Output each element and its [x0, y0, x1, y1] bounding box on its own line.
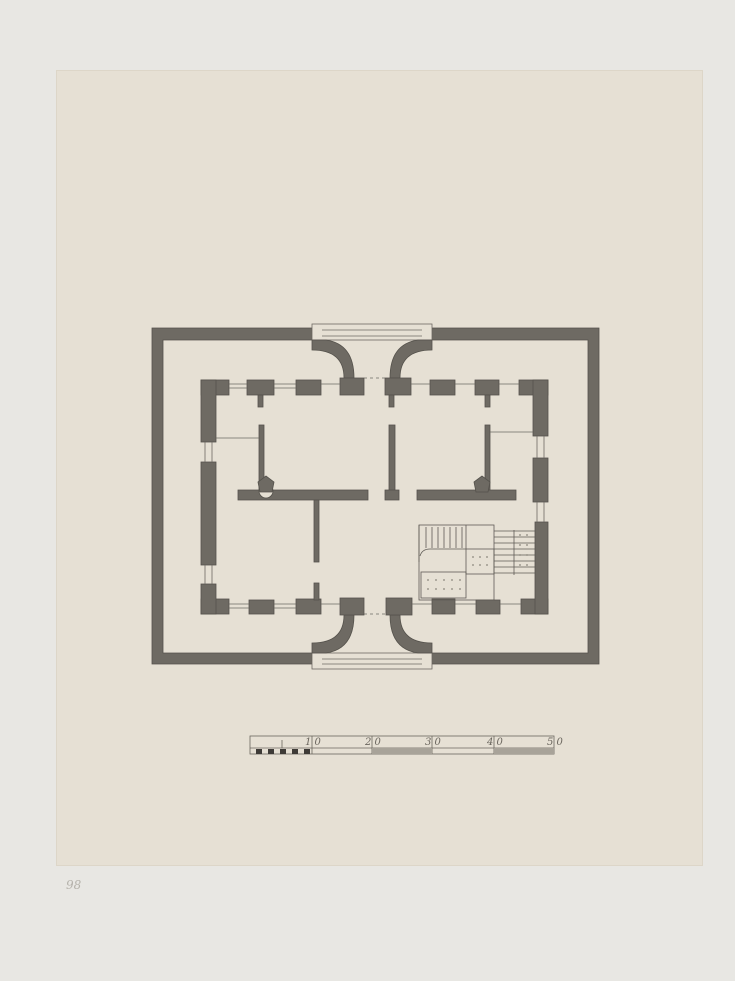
scale-label-10: 1 0	[305, 737, 322, 748]
quadrant-wall	[312, 340, 354, 378]
scale-label-50: 5 0	[547, 737, 564, 748]
scale-bar	[250, 736, 554, 754]
scale-label-30: 3 0	[425, 737, 442, 748]
floor-plan-drawing: 1 0 2 0 3 0 4 0 5 0	[0, 0, 735, 981]
scale-label-40: 4 0	[486, 737, 504, 748]
inventory-mark: 98	[66, 878, 81, 892]
scale-label-20: 2 0	[364, 737, 382, 748]
